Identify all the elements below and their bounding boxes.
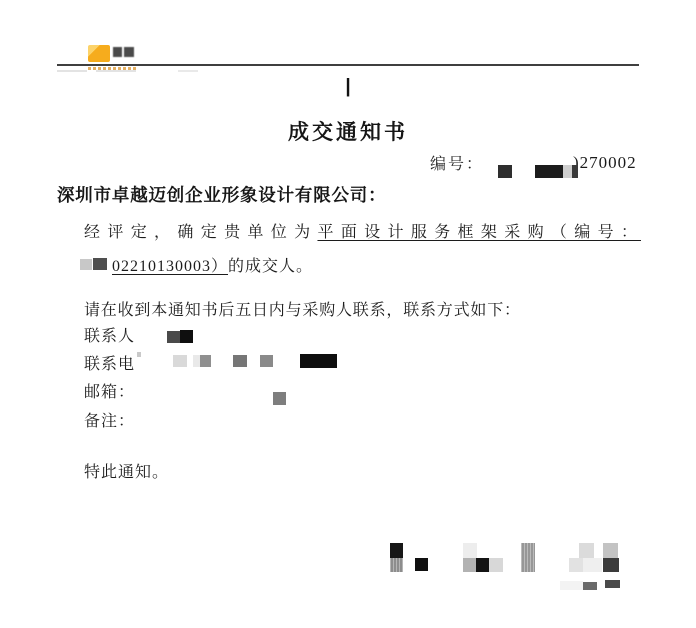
divider-artifact <box>96 70 136 72</box>
redaction-block <box>489 558 503 572</box>
document-number-label: 编号： <box>430 151 484 174</box>
award-paragraph-line1: 经评定，确定贵单位为平面设计服务框架采购（编号： <box>84 219 641 242</box>
contact-remark-label: 备注： <box>84 408 135 431</box>
redaction-block <box>180 330 193 343</box>
award-paragraph-line2: 02210130003）的成交人。 <box>112 253 313 276</box>
redaction-block <box>563 165 572 178</box>
redaction-block <box>476 558 489 572</box>
redaction-block <box>137 352 141 357</box>
notice-document-page: | 成交通知书 编号： )270002 深圳市卓越迈创企业形象设计有限公司： 经… <box>0 0 696 628</box>
divider-artifact <box>57 70 87 72</box>
redaction-block <box>300 354 337 368</box>
document-number-suffix: )270002 <box>573 153 637 173</box>
award-number-underlined: 02210130003） <box>112 258 228 275</box>
redaction-block <box>167 331 180 343</box>
redaction-block <box>390 543 403 558</box>
redaction-block <box>569 558 583 572</box>
addressee-line: 深圳市卓越迈创企业形象设计有限公司： <box>57 182 386 207</box>
contact-name-label: 联系人 <box>84 323 135 346</box>
redaction-block <box>80 259 92 270</box>
redaction-block <box>579 543 594 558</box>
redaction-block <box>560 581 583 590</box>
redaction-block <box>603 543 618 558</box>
redaction-block <box>200 355 211 367</box>
redaction-block <box>193 355 200 367</box>
redaction-block <box>260 355 273 367</box>
award-paragraph-suffix: 的成交人。 <box>228 258 313 275</box>
redaction-block <box>233 355 247 367</box>
award-project-name-underlined: 平面设计服务框架采购（编号： <box>317 224 641 241</box>
divider-artifact <box>178 70 198 72</box>
redaction-block <box>583 582 597 590</box>
redaction-block <box>93 258 107 270</box>
redaction-block <box>273 392 286 405</box>
redaction-block <box>463 543 477 558</box>
contact-email-label: 邮箱： <box>84 379 135 402</box>
redaction-block <box>173 355 187 367</box>
logo-text-mark <box>113 47 122 57</box>
award-paragraph-prefix: 经评定，确定贵单位为 <box>84 224 317 241</box>
redaction-block <box>605 580 620 588</box>
contact-phone-label: 联系电 <box>84 351 135 374</box>
redaction-block <box>603 558 619 572</box>
logo-text-mark <box>124 47 134 57</box>
closing-line: 特此通知。 <box>84 459 169 482</box>
site-logo-icon <box>88 45 110 62</box>
header-divider <box>57 64 639 66</box>
redaction-block <box>390 558 403 572</box>
redaction-block <box>498 165 512 178</box>
redaction-block <box>535 165 563 178</box>
redaction-block <box>583 558 602 572</box>
redaction-block <box>415 558 428 571</box>
redaction-block <box>463 558 476 572</box>
contact-instruction-line: 请在收到本通知书后五日内与采购人联系，联系方式如下： <box>84 297 521 320</box>
caret-mark: | <box>341 76 355 98</box>
redaction-block <box>521 543 535 572</box>
document-title: 成交通知书 <box>0 116 696 146</box>
